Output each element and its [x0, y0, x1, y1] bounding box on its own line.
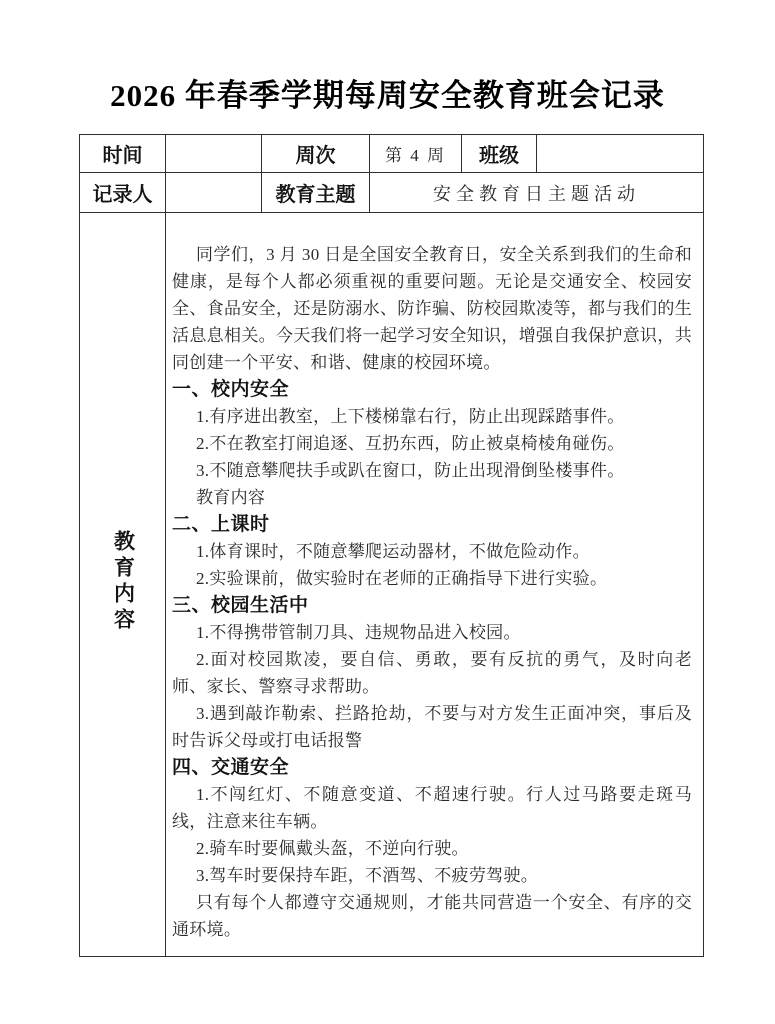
time-value-cell — [166, 135, 262, 173]
week-label-cell: 周次 — [262, 135, 370, 173]
content-paragraph: 2.实验课前，做实验时在老师的正确指导下进行实验。 — [172, 565, 692, 592]
class-value-cell — [537, 135, 704, 173]
document-title: 2026 年春季学期每周安全教育班会记录 — [0, 79, 775, 113]
table-row-education-content: 教育内容 同学们，3 月 30 日是全国安全教育日，安全关系到我们的生命和健康，… — [80, 213, 704, 957]
content-section-heading: 一、校内安全 — [172, 376, 692, 403]
theme-label-cell: 教育主题 — [262, 173, 370, 213]
content-paragraph: 2.面对校园欺凌，要自信、勇敢，要有反抗的勇气，及时向老师、家长、警察寻求帮助。 — [172, 646, 692, 700]
content-paragraph: 3.遇到敲诈勒索、拦路抢劫，不要与对方发生正面冲突，事后及时告诉父母或打电话报警 — [172, 700, 692, 754]
content-paragraph: 1.不得携带管制刀具、违规物品进入校园。 — [172, 619, 692, 646]
theme-value-cell: 安全教育日主题活动 — [370, 173, 704, 213]
content-paragraph: 1.不闯红灯、不随意变道、不超速行驶。行人过马路要走斑马线，注意来往车辆。 — [172, 781, 692, 835]
content-paragraph: 1.体育课时，不随意攀爬运动器材，不做危险动作。 — [172, 538, 692, 565]
education-content-vertical-label: 教育内容 — [108, 530, 138, 634]
content-section-heading: 三、校园生活中 — [172, 592, 692, 619]
week-value-cell: 第 4 周 — [370, 135, 462, 173]
recorder-value-cell — [166, 173, 262, 213]
content-paragraph: 3.不随意攀爬扶手或趴在窗口，防止出现滑倒坠楼事件。 — [172, 457, 692, 484]
recorder-label-cell: 记录人 — [80, 173, 166, 213]
content-section-heading: 四、交通安全 — [172, 754, 692, 781]
education-content-body-cell: 同学们，3 月 30 日是全国安全教育日，安全关系到我们的生命和健康，是每个人都… — [166, 213, 704, 957]
content-section-heading: 二、上课时 — [172, 511, 692, 538]
content-paragraph: 同学们，3 月 30 日是全国安全教育日，安全关系到我们的生命和健康，是每个人都… — [172, 241, 692, 376]
education-content-label-cell: 教育内容 — [80, 213, 166, 957]
table-row-recorder-theme: 记录人 教育主题 安全教育日主题活动 — [80, 173, 704, 213]
content-paragraph: 2.骑车时要佩戴头盔，不逆向行驶。 — [172, 835, 692, 862]
content-paragraph: 1.有序进出教室，上下楼梯靠右行，防止出现踩踏事件。 — [172, 403, 692, 430]
content-paragraph: 3.驾车时要保持车距，不酒驾、不疲劳驾驶。 — [172, 862, 692, 889]
time-label-cell: 时间 — [80, 135, 166, 173]
content-paragraph: 只有每个人都遵守交通规则，才能共同营造一个安全、有序的交通环境。 — [172, 889, 692, 943]
class-label-cell: 班级 — [462, 135, 537, 173]
record-table: 时间 周次 第 4 周 班级 记录人 教育主题 安全教育日主题活动 教育内容 同… — [79, 134, 704, 957]
document-page: 2026 年春季学期每周安全教育班会记录 时间 周次 第 4 周 班级 记录人 … — [0, 0, 775, 957]
table-row-time-week-class: 时间 周次 第 4 周 班级 — [80, 135, 704, 173]
content-paragraph: 2.不在教室打闹追逐、互扔东西，防止被桌椅棱角碰伤。 — [172, 430, 692, 457]
content-paragraph: 教育内容 — [172, 484, 692, 511]
